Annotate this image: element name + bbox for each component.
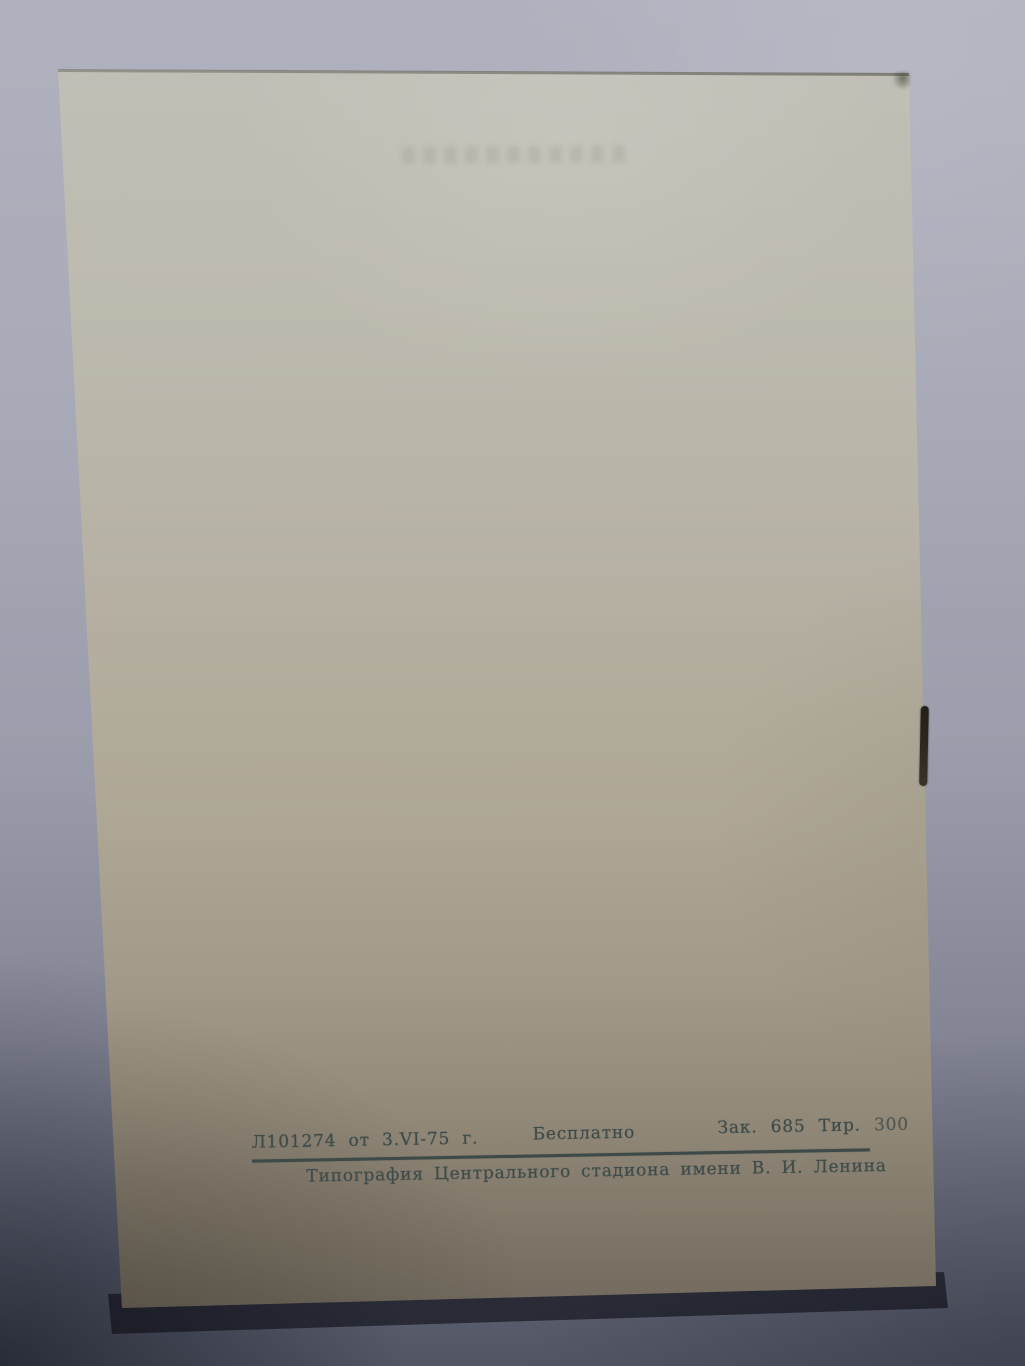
printing-imprint-block: Л101274 от 3.VI-75 г. Бесплатно Зак. 685… bbox=[239, 1107, 880, 1205]
booklet-back-cover: Л101274 от 3.VI-75 г. Бесплатно Зак. 685… bbox=[0, 0, 1025, 1366]
printing-house-line: Типография Центрального стадиона имени В… bbox=[306, 1157, 814, 1186]
price-label: Бесплатно bbox=[532, 1123, 635, 1145]
faint-showthrough-text bbox=[402, 145, 627, 164]
order-number: Зак. 685 Тир. bbox=[717, 1115, 861, 1138]
photo-background: Л101274 от 3.VI-75 г. Бесплатно Зак. 685… bbox=[0, 0, 1025, 1366]
permit-number: Л101274 от 3.VI-75 г. bbox=[252, 1128, 479, 1152]
print-run-number: 300 bbox=[874, 1115, 909, 1136]
order-and-print-run: Зак. 685 Тир. 300 bbox=[717, 1115, 909, 1139]
top-right-corner-scuff bbox=[886, 72, 910, 98]
staple bbox=[919, 706, 929, 786]
